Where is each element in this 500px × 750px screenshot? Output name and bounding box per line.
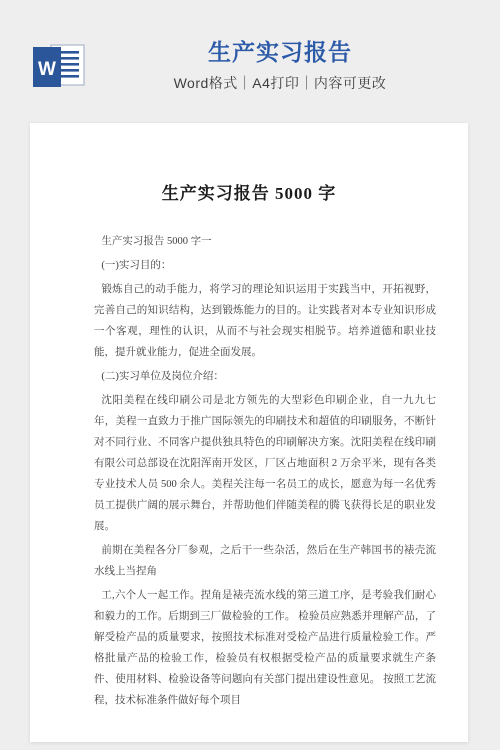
- header: W 生产实习报告 Word格式｜A4打印｜内容可更改: [0, 0, 500, 123]
- document-paragraph: 沈阳美程在线印刷公司是北方领先的大型彩色印刷企业，自一九九七年，美程一直致力于推…: [94, 390, 436, 537]
- document-paragraph: (一)实习目的：: [94, 255, 436, 276]
- document-paragraph: 工,六个人一起工作。捏角是裱壳流水线的第三道工序，是考验我们耐心和毅力的工作。后…: [94, 585, 436, 711]
- document-title: 生产实习报告 5000 字: [30, 179, 468, 204]
- header-text: 生产实习报告 Word格式｜A4打印｜内容可更改: [60, 38, 500, 93]
- document-paragraph: 生产实习报告 5000 字一: [94, 231, 436, 252]
- svg-text:W: W: [38, 59, 56, 80]
- document-paragraph: 前期在美程各分厂参观，之后干一些杂活，然后在生产韩国书的裱壳流水线上当捏角: [94, 540, 436, 582]
- page-subtitle: Word格式｜A4打印｜内容可更改: [60, 73, 500, 93]
- document-body: 生产实习报告 5000 字一(一)实习目的：锻炼自己的动手能力，将学习的理论知识…: [94, 231, 436, 711]
- document-paragraph: 锻炼自己的动手能力，将学习的理论知识运用于实践当中，开拓视野，完善自己的知识结构…: [94, 279, 436, 363]
- page-title: 生产实习报告: [60, 38, 500, 66]
- document-page: 生产实习报告 5000 字 生产实习报告 5000 字一(一)实习目的：锻炼自己…: [30, 123, 468, 742]
- document-paragraph: (二)实习单位及岗位介绍：: [94, 366, 436, 387]
